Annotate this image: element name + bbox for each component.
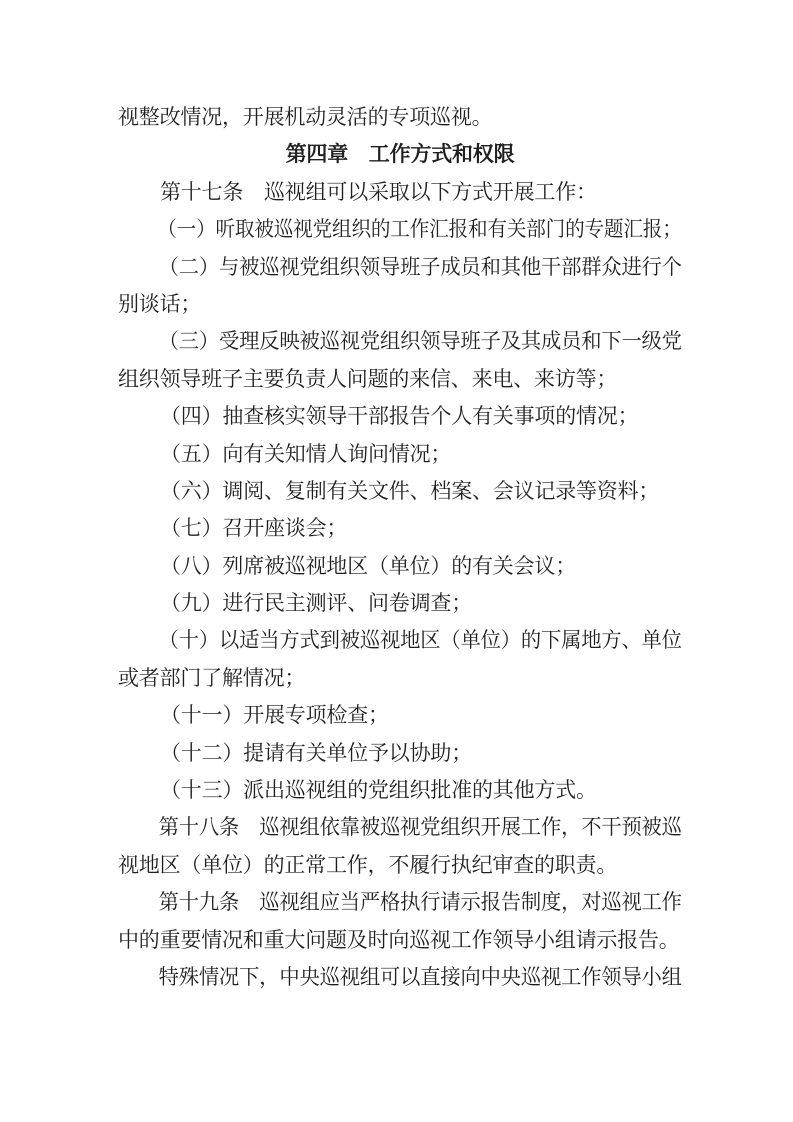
text-line: 或者部门了解情况；	[118, 660, 682, 697]
text-line: （二）与被巡视党组织领导班子成员和其他干部群众进行个	[118, 249, 664, 286]
text-line: 第十八条 巡视组依靠被巡视党组织开展工作，不干预被巡	[118, 809, 664, 846]
text-line: （一）听取被巡视党组织的工作汇报和有关部门的专题汇报；	[118, 211, 645, 248]
text-line: 视整改情况，开展机动灵活的专项巡视。	[118, 99, 682, 136]
text-line: 中的重要情况和重大问题及时向巡视工作领导小组请示报告。	[118, 922, 682, 959]
text-line: （四）抽查核实领导干部报告个人有关事项的情况；	[118, 398, 682, 435]
text-line: 特殊情况下，中央巡视组可以直接向中央巡视工作领导小组	[118, 959, 664, 996]
text-line: 组织领导班子主要负责人问题的来信、来电、来访等；	[118, 361, 682, 398]
text-line: （十）以适当方式到被巡视地区（单位）的下属地方、单位	[118, 622, 664, 659]
text-line: 第十七条 巡视组可以采取以下方式开展工作：	[118, 174, 682, 211]
text-line: （九）进行民主测评、问卷调查；	[118, 585, 682, 622]
text-line: 视地区（单位）的正常工作，不履行执纪审查的职责。	[118, 847, 682, 884]
text-line: （七）召开座谈会；	[118, 510, 682, 547]
text-line: （八）列席被巡视地区（单位）的有关会议；	[118, 548, 682, 585]
chapter-heading: 第四章 工作方式和权限	[118, 136, 682, 173]
text-line: （三）受理反映被巡视党组织领导班子及其成员和下一级党	[118, 323, 664, 360]
document-body: 视整改情况，开展机动灵活的专项巡视。 第四章 工作方式和权限 第十七条 巡视组可…	[118, 99, 682, 996]
text-line: （五）向有关知情人询问情况；	[118, 436, 682, 473]
text-line: 别谈话；	[118, 286, 682, 323]
text-line: 第十九条 巡视组应当严格执行请示报告制度，对巡视工作	[118, 884, 664, 921]
document-page: 视整改情况，开展机动灵活的专项巡视。 第四章 工作方式和权限 第十七条 巡视组可…	[0, 0, 793, 1122]
text-line: （六）调阅、复制有关文件、档案、会议记录等资料；	[118, 473, 682, 510]
text-line: （十二）提请有关单位予以协助；	[118, 735, 682, 772]
text-line: （十一）开展专项检查；	[118, 697, 682, 734]
text-line: （十三）派出巡视组的党组织批准的其他方式。	[118, 772, 682, 809]
